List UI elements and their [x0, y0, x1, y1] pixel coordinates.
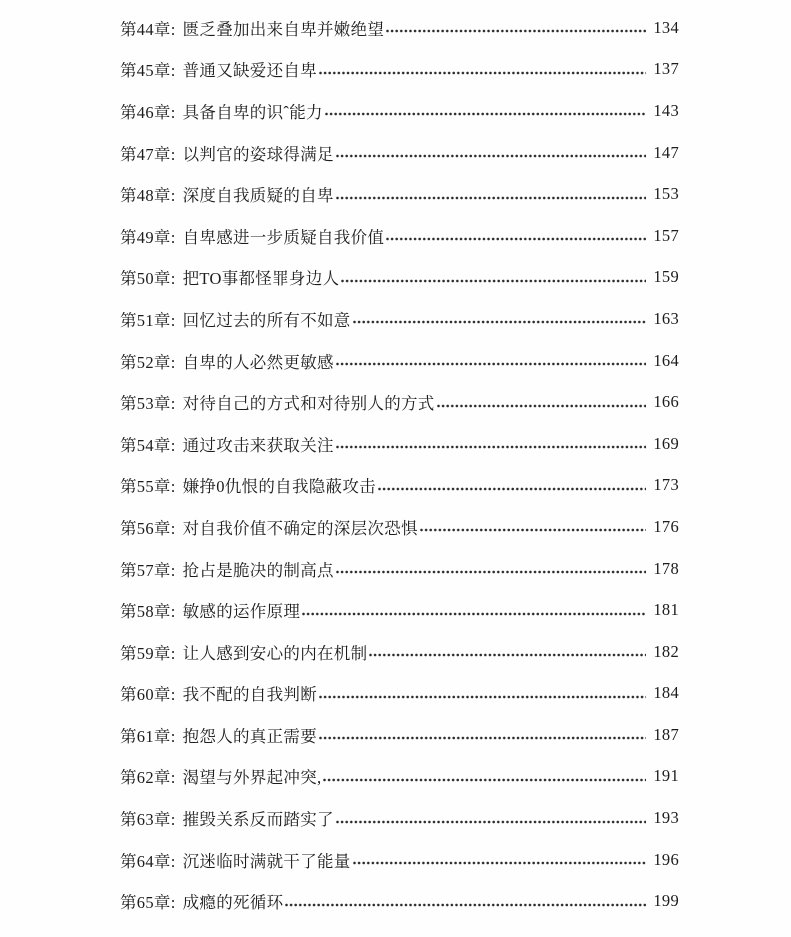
- chapter-label: 第58章:: [120, 598, 176, 622]
- chapter-title: 把TO事都怪罪身边人: [183, 265, 340, 289]
- chapter-label: 第56章:: [120, 515, 176, 539]
- toc-entry: 第48章: 深度自我质疑的自卑 153: [120, 173, 679, 215]
- dot-leader: [353, 310, 646, 327]
- chapter-title: 以判官的姿球得满足: [183, 141, 334, 165]
- chapter-label: 第48章:: [120, 182, 176, 206]
- toc-entry: 第46章: 具备自卑的识ˆ能力 143: [120, 90, 679, 132]
- page-number: 159: [649, 267, 679, 287]
- page-number: 137: [649, 59, 679, 79]
- toc-entry: 第49章: 自卑感进一步质疑自我价值 157: [120, 215, 679, 257]
- toc-entry: 第60章: 我不配的自我判断 184: [120, 673, 679, 715]
- dot-leader: [353, 851, 646, 868]
- toc-entry: 第58章: 敏感的运作原理 181: [120, 589, 679, 631]
- chapter-title: 沉迷临时满就干了能量: [183, 848, 351, 872]
- toc-entry: 第51章: 回忆过去的所有不如意 163: [120, 298, 679, 340]
- dot-leader: [285, 893, 646, 910]
- chapter-label: 第44章:: [120, 16, 176, 40]
- chapter-label: 第49章:: [120, 224, 176, 248]
- dot-leader: [323, 768, 646, 785]
- chapter-label: 第51章:: [120, 307, 176, 331]
- chapter-title: 敏感的运作原理: [183, 598, 301, 622]
- toc-entry: 第44章: 匮乏叠加出来自卑并嫩绝望 134: [120, 7, 679, 49]
- toc-entry: 第47章: 以判官的姿球得满足 147: [120, 132, 679, 174]
- dot-leader: [378, 477, 646, 494]
- chapter-title: 通过攻击来获取关注: [183, 432, 334, 456]
- chapter-label: 第47章:: [120, 141, 176, 165]
- dot-leader: [369, 643, 646, 660]
- page-number: 164: [649, 351, 679, 371]
- chapter-title: 普通又缺爱还自卑: [183, 57, 317, 81]
- page-number: 143: [649, 101, 679, 121]
- chapter-label: 第53章:: [120, 390, 176, 414]
- toc-entry: 第61章: 抱怨人的真正需要 187: [120, 714, 679, 756]
- toc-entry: 第65章: 成瘾的死循环 199: [120, 880, 679, 922]
- dot-leader: [420, 518, 646, 535]
- chapter-title: 深度自我质疑的自卑: [183, 182, 334, 206]
- toc-entry: 第57章: 抢占是脆决的制高点 178: [120, 548, 679, 590]
- page-number: 147: [649, 143, 679, 163]
- toc-entry: 第52章: 自卑的人必然更敏感 164: [120, 340, 679, 382]
- page-number: 169: [649, 434, 679, 454]
- chapter-label: 第61章:: [120, 723, 176, 747]
- chapter-title: 具备自卑的识ˆ能力: [183, 99, 323, 123]
- chapter-label: 第64章:: [120, 848, 176, 872]
- dot-leader: [336, 435, 646, 452]
- page-number: 181: [649, 600, 679, 620]
- chapter-title: 渴望与外界起冲突,: [183, 764, 322, 788]
- chapter-title: 自卑的人必然更敏感: [183, 349, 334, 373]
- chapter-title: 回忆过去的所有不如意: [183, 307, 351, 331]
- chapter-label: 第57章:: [120, 557, 176, 581]
- chapter-title: 自卑感进一步质疑自我价值: [183, 224, 385, 248]
- dot-leader: [386, 19, 646, 36]
- chapter-title: 抱怨人的真正需要: [183, 723, 317, 747]
- page-number: 134: [649, 18, 679, 38]
- dot-leader: [336, 352, 646, 369]
- toc-entry: 第59章: 让人感到安心的内在机制 182: [120, 631, 679, 673]
- chapter-title: 让人感到安心的内在机制: [183, 640, 368, 664]
- dot-leader: [437, 394, 646, 411]
- page-number: 193: [649, 808, 679, 828]
- toc-entry: 第50章: 把TO事都怪罪身边人 159: [120, 257, 679, 299]
- chapter-label: 第65章:: [120, 889, 176, 913]
- chapter-label: 第45章:: [120, 57, 176, 81]
- page-number: 199: [649, 891, 679, 911]
- chapter-label: 第54章:: [120, 432, 176, 456]
- chapter-label: 第55章:: [120, 473, 176, 497]
- page-number: 191: [649, 766, 679, 786]
- chapter-title: 抢占是脆决的制高点: [183, 557, 334, 581]
- chapter-label: 第59章:: [120, 640, 176, 664]
- chapter-label: 第62章:: [120, 764, 176, 788]
- toc-entry: 第56章: 对自我价值不确定的深层次恐惧 176: [120, 506, 679, 548]
- chapter-title: 成瘾的死循环: [183, 889, 284, 913]
- chapter-title: 我不配的自我判断: [183, 681, 317, 705]
- dot-leader: [319, 685, 646, 702]
- toc-entry: 第54章: 通过攻击来获取关注 169: [120, 423, 679, 465]
- dot-leader: [319, 61, 646, 78]
- toc-entry: 第62章: 渴望与外界起冲突, 191: [120, 756, 679, 798]
- page-number: 153: [649, 184, 679, 204]
- page-number: 187: [649, 725, 679, 745]
- dot-leader: [336, 560, 646, 577]
- page-number: 176: [649, 517, 679, 537]
- dot-leader: [336, 186, 646, 203]
- chapter-title: 摧毁关系反而踏实了: [183, 806, 334, 830]
- toc-entry: 第53章: 对待自己的方式和对待别人的方式 166: [120, 381, 679, 423]
- dot-leader: [325, 102, 646, 119]
- page-number: 196: [649, 850, 679, 870]
- chapter-title: 嫌挣0仇恨的自我隐蔽攻击: [183, 473, 376, 497]
- chapter-title: 对待自己的方式和对待别人的方式: [183, 390, 435, 414]
- chapter-label: 第60章:: [120, 681, 176, 705]
- page-number: 157: [649, 226, 679, 246]
- page-number: 173: [649, 475, 679, 495]
- page-number: 166: [649, 392, 679, 412]
- chapter-label: 第46章:: [120, 99, 176, 123]
- dot-leader: [336, 144, 646, 161]
- dot-leader: [386, 227, 646, 244]
- page-number: 182: [649, 642, 679, 662]
- toc-entry: 第63章: 摧毁关系反而踏实了 193: [120, 797, 679, 839]
- dot-leader: [319, 726, 646, 743]
- document-page: 第44章: 匮乏叠加出来自卑并嫩绝望 134 第45章: 普通又缺爱还自卑 13…: [0, 0, 791, 937]
- table-of-contents: 第44章: 匮乏叠加出来自卑并嫩绝望 134 第45章: 普通又缺爱还自卑 13…: [120, 7, 679, 922]
- chapter-title: 对自我价值不确定的深层次恐惧: [183, 515, 418, 539]
- page-number: 163: [649, 309, 679, 329]
- dot-leader: [341, 269, 646, 286]
- chapter-label: 第63章:: [120, 806, 176, 830]
- dot-leader: [336, 810, 646, 827]
- chapter-label: 第50章:: [120, 265, 176, 289]
- page-number: 178: [649, 559, 679, 579]
- toc-entry: 第45章: 普通又缺爱还自卑 137: [120, 49, 679, 91]
- toc-entry: 第64章: 沉迷临时满就干了能量 196: [120, 839, 679, 881]
- toc-entry: 第55章: 嫌挣0仇恨的自我隐蔽攻击 173: [120, 465, 679, 507]
- chapter-label: 第52章:: [120, 349, 176, 373]
- dot-leader: [302, 602, 646, 619]
- page-number: 184: [649, 683, 679, 703]
- chapter-title: 匮乏叠加出来自卑并嫩绝望: [183, 16, 385, 40]
